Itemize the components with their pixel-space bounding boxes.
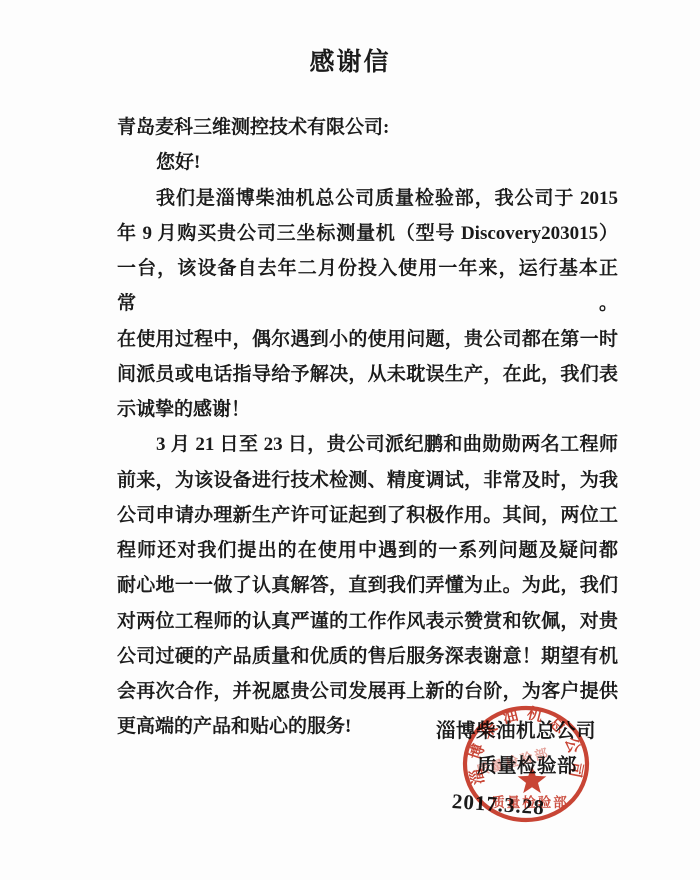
body-line: 公司过硬的产品质量和优质的售后服务深表谢意！期望有机 <box>117 639 618 674</box>
body-line: 程师还对我们提出的在使用中遇到的一系列问题及疑问都 <box>117 533 618 568</box>
body-line: 耐心地一一做了认真解答，直到我们弄懂为止。为此，我们 <box>117 568 618 603</box>
signature-department-line: 质量检验部 <box>300 749 577 784</box>
body-line: 在使用过程中，偶尔遇到小的使用问题，贵公司都在第一时 <box>117 322 618 357</box>
recipient-line: 青岛麦科三维测控技术有限公司: <box>117 110 618 145</box>
body-line: 对两位工程师的认真严谨的工作作风表示赞赏和钦佩，对贵 <box>117 604 618 639</box>
body-line: 年 9 月购买贵公司三坐标测量机（型号 Discovery203015） <box>117 216 618 251</box>
signature-company-line: 淄博柴油机总公司 <box>300 714 596 749</box>
body-line: 会再次合作，并祝愿贵公司发展再上新的台阶，为客户提供 <box>117 674 618 709</box>
body-line: 一台，该设备自去年二月份投入使用一年来，运行基本正常。 <box>117 251 618 322</box>
body-line: 3 月 21 日至 23 日，贵公司派纪鹏和曲勋勋两名工程师 <box>117 427 618 462</box>
body-line: 间派员或电话指导给予解决，从未耽误生产，在此，我们表 <box>117 357 618 392</box>
letter-title: 感谢信 <box>0 42 700 78</box>
body-line: 公司申请办理新生产许可证起到了积极作用。其间，两位工 <box>117 498 618 533</box>
letter-page: 感谢信 青岛麦科三维测控技术有限公司: 您好! 我们是淄博柴油机总公司质量检验部… <box>0 0 700 880</box>
body-line: 示诚挚的感谢！ <box>117 392 618 427</box>
body-line: 我们是淄博柴油机总公司质量检验部，我公司于 2015 <box>117 181 618 216</box>
signature-date: 2017.3.28 <box>451 784 546 825</box>
body-line: 前来，为该设备进行技术检测、精度调试，非常及时，为我 <box>117 463 618 498</box>
letter-body: 青岛麦科三维测控技术有限公司: 您好! 我们是淄博柴油机总公司质量检验部，我公司… <box>117 110 618 745</box>
body-line: 您好! <box>117 145 618 180</box>
